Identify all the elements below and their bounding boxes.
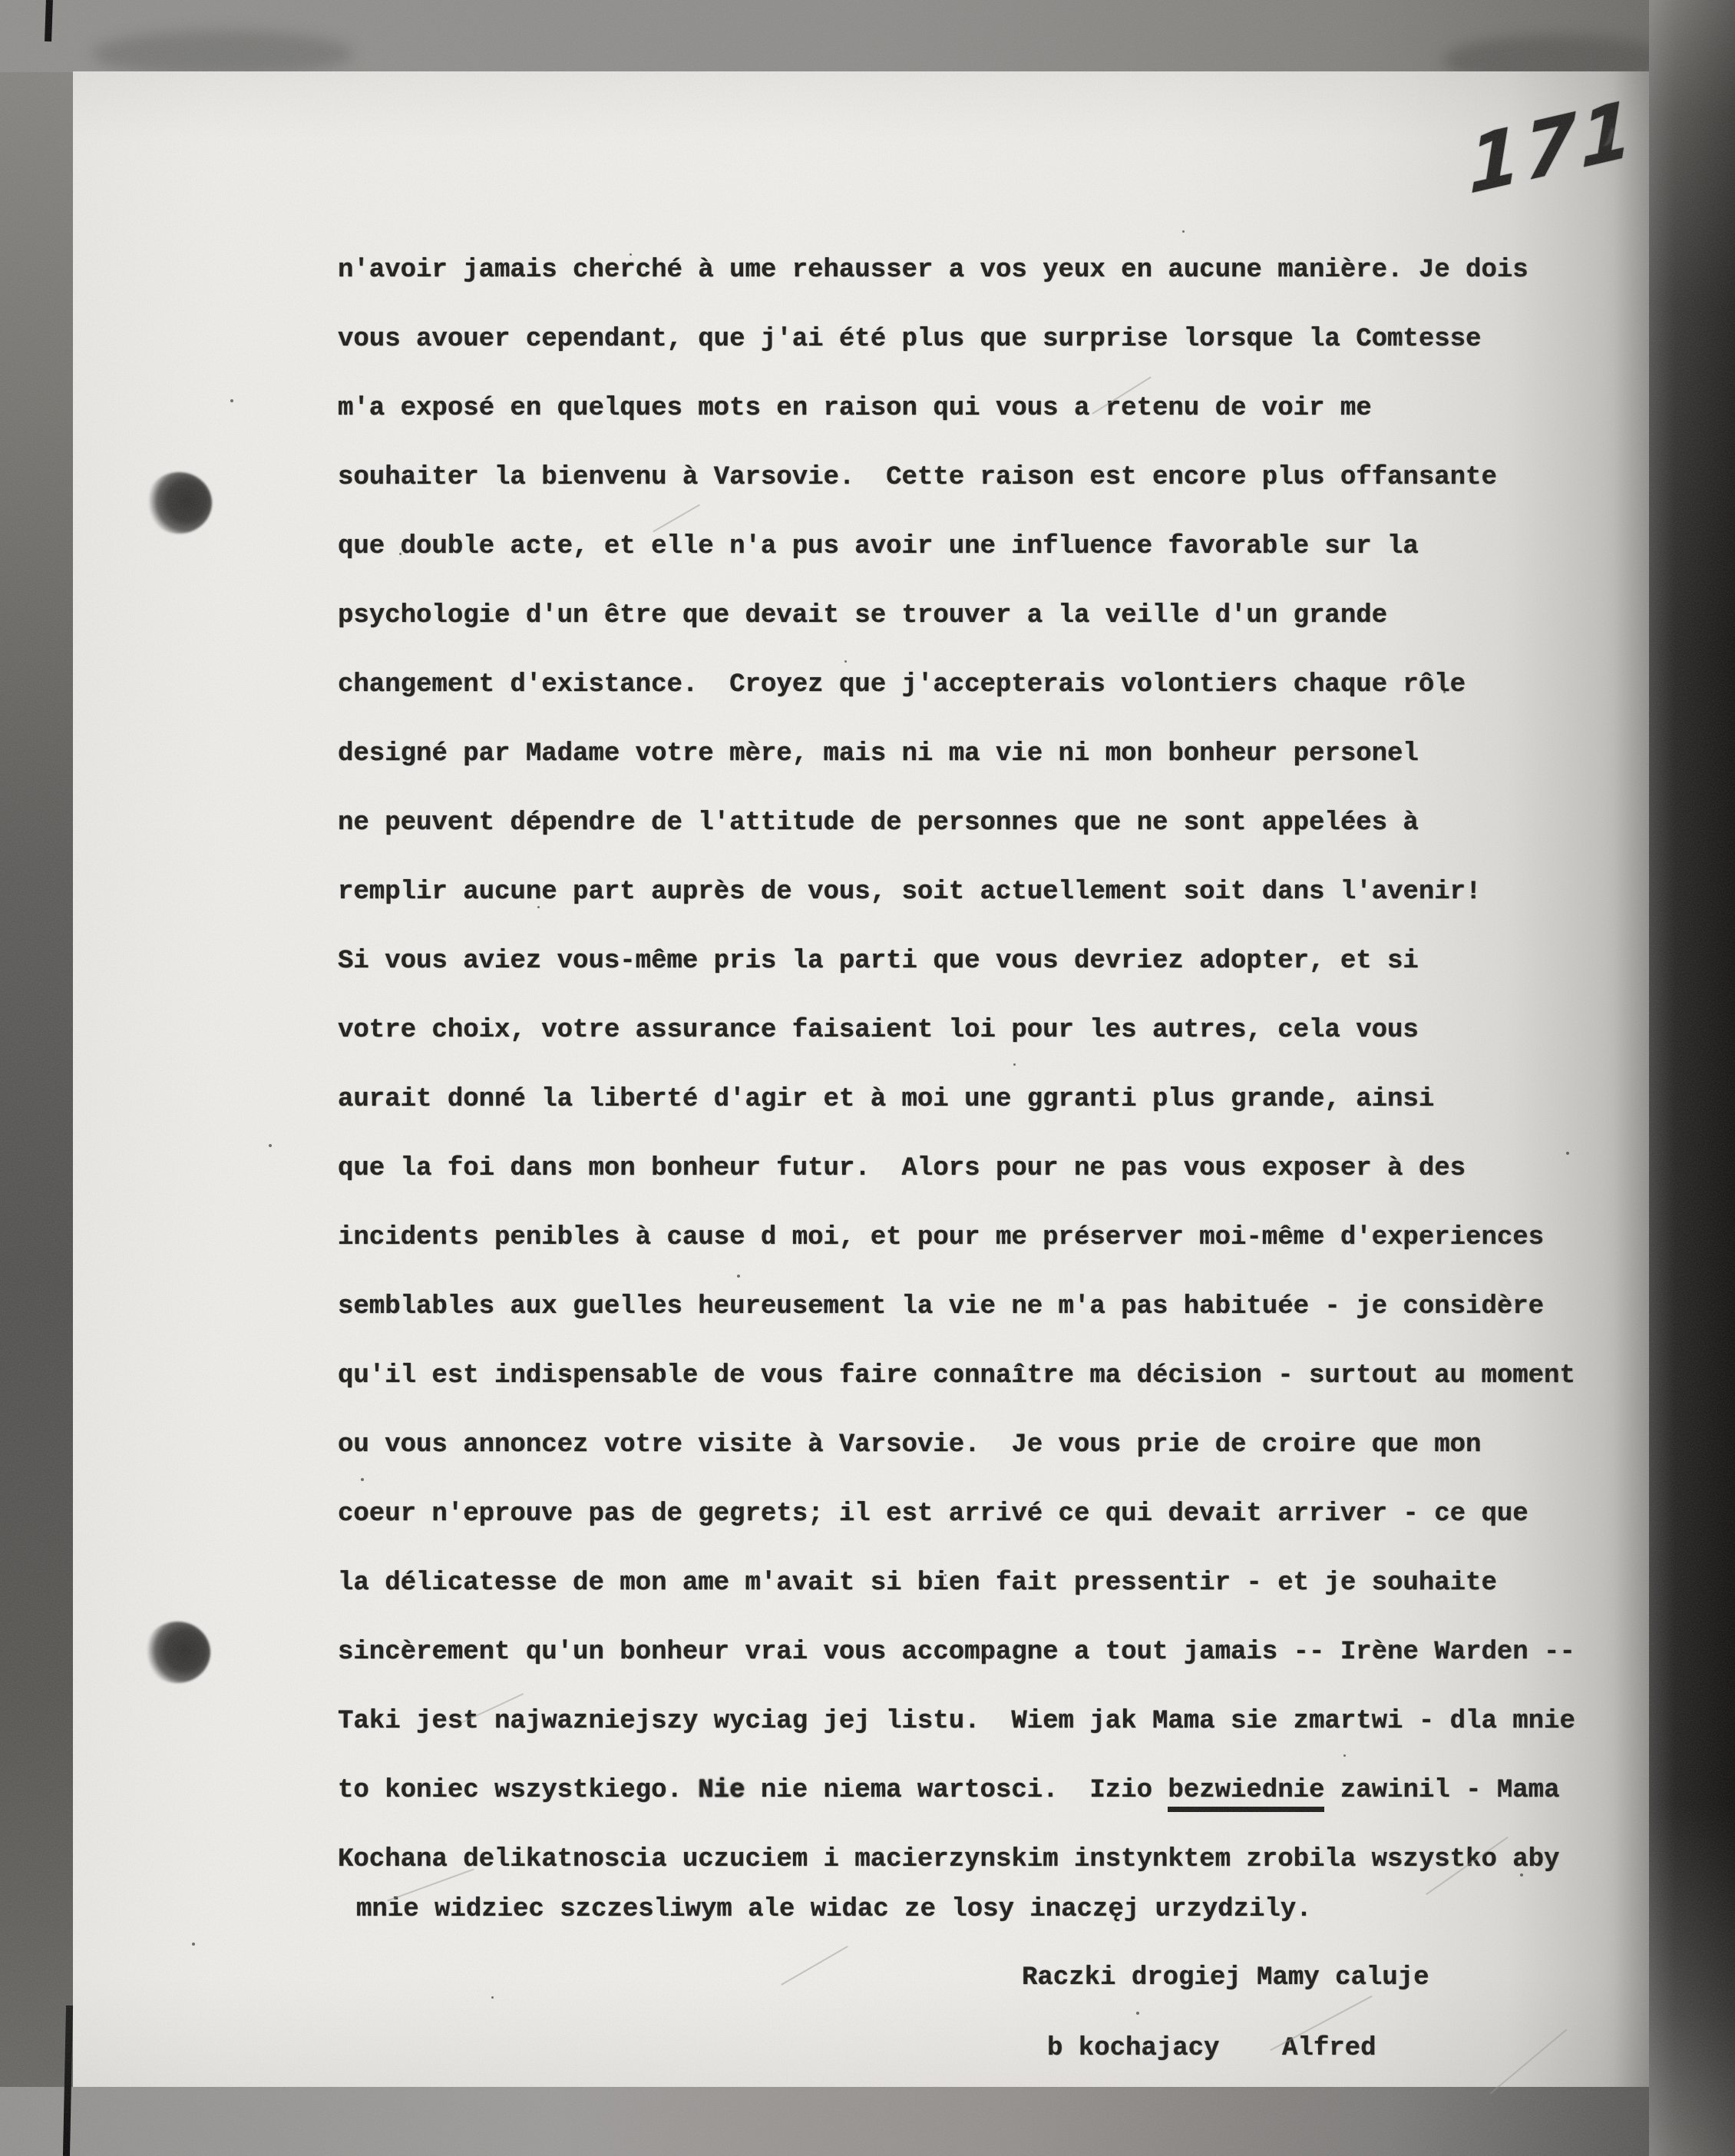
paper-speck [192, 1943, 195, 1946]
paper-speck [1566, 1152, 1569, 1155]
scanned-letter-page: 171 n'avoir jamais cherché à ume rehauss… [0, 0, 1735, 2156]
letter-body: n'avoir jamais cherché à ume rehausser a… [73, 71, 1649, 2087]
letter-line: designé par Madame votre mère, mais ni m… [338, 738, 1419, 770]
letter-line: vous avouer cependant, que j'ai été plus… [338, 323, 1481, 355]
letter-line: changement d'existance. Croyez que j'acc… [338, 669, 1466, 701]
scan-background-left [0, 72, 74, 2156]
scan-smudge [92, 31, 353, 77]
letter-line: sincèrement qu'un bonheur vrai vous acco… [338, 1636, 1575, 1668]
emphasized-word: bezwiednie [1168, 1776, 1324, 1812]
letter-line: n'avoir jamais cherché à ume rehausser a… [338, 254, 1528, 286]
paper-speck [399, 553, 402, 555]
letter-line: to koniec wszystkiego. Nie nie niema war… [338, 1774, 1560, 1807]
letter-line: votre choix, votre assurance faisaient l… [338, 1014, 1419, 1047]
paper-speck [1520, 1873, 1523, 1877]
letter-line: souhaiter la bienvenu à Varsovie. Cette … [338, 461, 1497, 494]
letter-line: incidents penibles à cause d moi, et pou… [338, 1222, 1544, 1254]
letter-line: que la foi dans mon bonheur futur. Alors… [338, 1152, 1466, 1185]
paper-speck [1343, 1754, 1346, 1757]
letter-line: mnie widziec szczesliwym ale widac ze lo… [356, 1893, 1312, 1926]
letter-line: qu'il est indispensable de vous faire co… [338, 1360, 1575, 1392]
closing-line: Raczki drogiej Mamy caluje [1022, 1963, 1429, 1992]
letter-line: m'a exposé en quelques mots en raison qu… [338, 392, 1372, 425]
letter-line: Si vous aviez vous-même pris la parti qu… [338, 945, 1419, 977]
letter-line: que double acte, et elle n'a pus avoir u… [338, 531, 1419, 563]
paper-speck [491, 1996, 494, 1999]
paper-speck [844, 660, 847, 663]
paper-speck [1443, 691, 1446, 693]
signature-line: b kochajacy Alfred [1047, 2034, 1376, 2063]
letter-line: semblables aux guelles heureusement la v… [338, 1291, 1544, 1323]
paper-speck [630, 253, 632, 256]
paper-speck [1182, 230, 1185, 233]
emphasized-word: Nie [698, 1776, 745, 1805]
paper-speck [537, 906, 540, 908]
letter-line: ou vous annoncez votre visite à Varsovie… [338, 1429, 1481, 1461]
paper-speck [737, 1275, 740, 1278]
scan-background-bottom [0, 2087, 1735, 2156]
hole-punch-top [146, 472, 212, 534]
paper-speck [361, 1478, 364, 1481]
paper-speck [230, 399, 233, 402]
edge-mark-top [45, 0, 53, 41]
letter-line: coeur n'eprouve pas de gegrets; il est a… [338, 1498, 1528, 1530]
hole-punch-bottom [144, 1622, 210, 1683]
letter-line: remplir aucune part auprès de vous, soit… [338, 876, 1481, 908]
paper-speck [1136, 2012, 1139, 2015]
paper-sheet: 171 n'avoir jamais cherché à ume rehauss… [73, 71, 1649, 2087]
letter-line: psychologie d'un être que devait se trou… [338, 600, 1387, 632]
letter-line: Taki jest najwazniejszy wyciag jej listu… [338, 1705, 1575, 1738]
scan-background-right [1649, 0, 1735, 2156]
paper-speck [1013, 1063, 1016, 1066]
paper-speck [944, 1574, 947, 1576]
paper-speck [269, 1144, 272, 1147]
letter-line: ne peuvent dépendre de l'attitude de per… [338, 807, 1419, 839]
letter-line: la délicatesse de mon ame m'avait si bie… [338, 1567, 1497, 1599]
letter-line: aurait donné la liberté d'agir et à moi … [338, 1083, 1434, 1116]
letter-line: Kochana delikatnoscia uczuciem i macierz… [338, 1844, 1559, 1876]
